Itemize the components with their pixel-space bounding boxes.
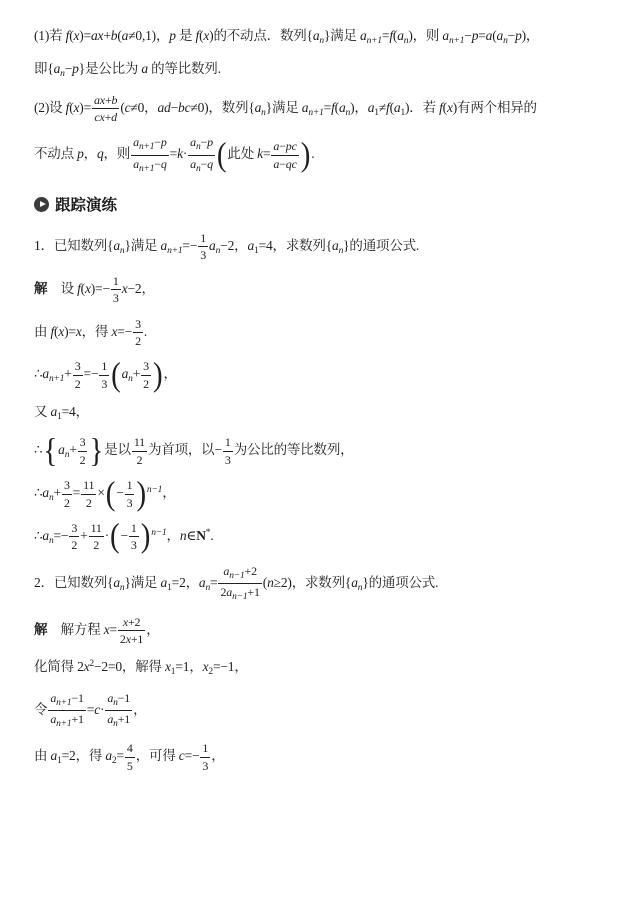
q1-sol-7: ∴an=−32+112·(−13)n−1，n∈N*. (34, 521, 620, 553)
text: + (103, 28, 110, 43)
text: ， (163, 366, 176, 381)
text: =− (84, 366, 99, 381)
text: 1 (101, 359, 107, 373)
fraction-denominator: 3 (99, 375, 109, 391)
text: 11 (91, 521, 102, 535)
fraction-numerator: 1 (223, 435, 233, 450)
q2-sol-1: 解 解方程 x=x+22x+1， (34, 615, 620, 647)
text: 5 (127, 759, 133, 773)
text: ， (211, 748, 224, 763)
text: = (170, 146, 177, 161)
text: }满足 (324, 28, 360, 43)
text: +1 (118, 712, 130, 726)
text: 3 (64, 478, 70, 492)
fraction: an−1+22an−1+1 (218, 564, 261, 604)
fraction-numerator: an+1−p (131, 135, 169, 154)
text: 3 (80, 435, 86, 449)
text: + (80, 528, 87, 543)
fraction-denominator: 2 (81, 494, 96, 510)
text: − (154, 135, 161, 149)
text: 2 (135, 334, 141, 348)
text: 2 (71, 538, 77, 552)
subscript: n−1 (229, 571, 244, 581)
text: )， (350, 99, 368, 114)
fraction-numerator: ax+b (92, 93, 119, 108)
q1-sol-6: ∴an+32=112×(−13)n−1， (34, 478, 620, 510)
fraction-denominator: 2 (73, 375, 83, 391)
fraction-denominator: 2 (132, 451, 147, 467)
fraction-numerator: 3 (73, 359, 83, 374)
text: 3 (75, 359, 81, 373)
text: ，得 (82, 324, 112, 339)
fraction: x+22x+1 (118, 615, 145, 647)
open-delimiter: ( (216, 138, 227, 171)
p1-line2: 即{an−p}是公比为 a 的等比数列. (34, 59, 620, 81)
q2-sol-3: 令an+1−1an+1+1=c·an−1an+1， (34, 691, 620, 731)
section-header: 跟踪演练 (34, 193, 620, 215)
text: 3 (113, 291, 119, 305)
text: · (100, 702, 104, 717)
text: ，则 (104, 146, 131, 161)
open-delimiter: ( (109, 520, 120, 553)
group-content: 此处 k=a−pca−qc (227, 139, 299, 171)
q1-sol-4: 又 a1=4， (34, 402, 620, 424)
text: =− (185, 748, 200, 763)
fraction-numerator: 4 (125, 741, 135, 756)
math-var: cx (94, 110, 104, 124)
fraction-denominator: 3 (223, 451, 233, 467)
open-delimiter: ( (110, 359, 121, 392)
bracket-group: {an+32} (42, 435, 104, 467)
text: )有两个相异的 (453, 99, 537, 114)
fraction: an−1an+1 (105, 691, 132, 731)
text: −1 (118, 691, 130, 705)
fraction-denominator: 2 (69, 536, 79, 552)
text: )，则 (408, 28, 442, 43)
fraction-numerator: 1 (200, 741, 210, 756)
text: 3 (101, 377, 107, 391)
q2-stem: 2．已知数列{an}满足 a1=2，an=an−1+22an−1+1(n≥2)，… (34, 564, 620, 604)
text: +1 (71, 712, 83, 726)
text: 2 (137, 453, 143, 467)
fraction: 13 (129, 521, 139, 553)
subscript: n+1 (308, 107, 323, 117)
text: ≠ (379, 99, 386, 114)
fraction-numerator: 1 (99, 359, 109, 374)
page-content: (1)若 f(x)=ax+b(a≠0,1)，p 是 f(x)的不动点．数列{an… (0, 0, 642, 773)
fraction: 32 (141, 359, 151, 391)
text: 3 (71, 521, 77, 535)
text: = (263, 146, 270, 161)
math-var: pc (286, 139, 297, 153)
text: }满足 (124, 575, 160, 590)
text: 即{ (34, 61, 54, 76)
text: 为首项，以− (148, 442, 222, 457)
subscript: n+1 (139, 142, 154, 152)
subscript: n+1 (367, 36, 382, 46)
text: ∴ (34, 442, 42, 457)
text: + (105, 93, 112, 107)
close-delimiter: } (88, 435, 104, 468)
fraction: 13 (99, 359, 109, 391)
text: =4，求数列{ (259, 238, 332, 253)
close-delimiter: ) (135, 477, 146, 510)
text: ， (167, 528, 180, 543)
math-var: b (112, 93, 118, 107)
bold-text: N (196, 528, 206, 543)
fraction-denominator: 2 (78, 451, 88, 467)
math-var: p (207, 135, 213, 149)
text: + (54, 485, 61, 500)
text: ， (146, 622, 159, 637)
text: =1， (175, 659, 202, 674)
text: +2 (245, 564, 257, 578)
math-var: ad (157, 99, 170, 114)
subscript: n+1 (49, 374, 64, 384)
text: + (64, 366, 71, 381)
text: )= (79, 28, 91, 43)
text: )= (64, 324, 76, 339)
text: 设 (47, 281, 77, 296)
fraction-denominator: 2x+1 (118, 630, 145, 646)
q1-stem: 1．已知数列{an}满足 an+1=−13an−2，a1=4，求数列{an}的通… (34, 231, 620, 263)
text: × (97, 485, 104, 500)
text: 1 (200, 231, 206, 245)
math-var: q (161, 157, 167, 171)
text: (1)若 (34, 28, 66, 43)
text: + (133, 366, 140, 381)
close-delimiter: ) (152, 359, 163, 392)
fraction-numerator: an−1 (105, 691, 132, 710)
text: · (183, 146, 187, 161)
text: =4， (62, 404, 89, 419)
fraction: 32 (78, 435, 88, 467)
fraction: 32 (62, 478, 72, 510)
subscript: n+1 (56, 719, 71, 729)
fraction: a−pca−qc (271, 139, 298, 171)
text: 由 (34, 748, 50, 763)
fraction-denominator: 2 (62, 494, 72, 510)
fraction-numerator: a−pc (271, 139, 298, 154)
text: 4 (127, 741, 133, 755)
math-var: q (207, 157, 213, 171)
text: = (210, 575, 217, 590)
text: ，可得 (136, 748, 179, 763)
subscript: n−1 (232, 592, 247, 602)
fraction-denominator: 3 (129, 536, 139, 552)
text: = (109, 622, 116, 637)
superscript: n−1 (151, 528, 166, 538)
fraction-denominator: an−q (188, 155, 215, 175)
math-var: d (111, 110, 117, 124)
fraction-numerator: 1 (129, 521, 139, 536)
math-var: ax (94, 93, 105, 107)
text: 的等比数列. (148, 61, 221, 76)
text: 2 (64, 496, 70, 510)
text: 令 (34, 702, 47, 717)
fraction: 13 (125, 478, 135, 510)
text: =− (182, 238, 197, 253)
fraction-denominator: 2 (141, 375, 151, 391)
text: )的不动点．数列{ (209, 28, 313, 43)
text: − (171, 99, 178, 114)
fraction-denominator: a−qc (271, 155, 298, 171)
text: 11 (134, 435, 145, 449)
fraction-numerator: x+2 (118, 615, 145, 630)
text: }满足 (266, 99, 302, 114)
bracket-group: (an+32) (110, 359, 163, 391)
q1-sol-2: 由 f(x)=x，得 x=−32. (34, 317, 620, 349)
text: 3 (131, 538, 137, 552)
text: 3 (200, 248, 206, 262)
text: 3 (225, 453, 231, 467)
fraction: an−pan−q (188, 135, 215, 175)
fraction-numerator: 11 (81, 478, 96, 493)
q2-sol-4: 由 a1=2，得 a2=45，可得 c=−13， (34, 741, 620, 773)
fraction-numerator: 3 (69, 521, 79, 536)
fraction-denominator: an+1+1 (48, 710, 86, 730)
fraction-denominator: 2 (89, 536, 104, 552)
text: 2 (93, 538, 99, 552)
fraction: ax+bcx+d (92, 93, 119, 125)
text: +2 (128, 615, 140, 629)
fraction-denominator: 3 (198, 246, 208, 262)
subscript: n+1 (56, 698, 71, 708)
text: )= (79, 99, 91, 114)
text: ≠0， (130, 99, 157, 114)
fraction-numerator: 1 (111, 274, 121, 289)
text: 2 (143, 377, 149, 391)
text: =−1， (213, 659, 248, 674)
intro-block: (1)若 f(x)=ax+b(a≠0,1)，p 是 f(x)的不动点．数列{an… (34, 26, 620, 175)
close-delimiter: ) (300, 138, 311, 171)
math-var: ax (91, 28, 103, 43)
bold-text: 解 (34, 281, 47, 296)
text: 1 (131, 521, 137, 535)
text: 1 (127, 478, 133, 492)
fraction-denominator: 2 (133, 332, 143, 348)
group-content: an+32 (122, 359, 152, 391)
close-delimiter: ) (140, 520, 151, 553)
fraction: 13 (111, 274, 121, 306)
text: − (121, 528, 128, 543)
text: )．若 (405, 99, 439, 114)
bracket-group: (−13) (105, 478, 147, 510)
text: 又 (34, 404, 50, 419)
text: 11 (83, 478, 94, 492)
text: =2， (172, 575, 199, 590)
text: +1 (247, 585, 259, 599)
text: }的通项公式. (343, 238, 419, 253)
bold-text: 解 (34, 622, 47, 637)
text: 化简得 2 (34, 659, 84, 674)
group-content: −13 (116, 478, 135, 510)
fraction-numerator: 3 (133, 317, 143, 332)
fraction-numerator: 3 (141, 359, 151, 374)
fraction-denominator: 3 (200, 757, 210, 773)
text: 1 (225, 435, 231, 449)
text: 2 (86, 496, 92, 510)
fraction-numerator: an−p (188, 135, 215, 154)
fraction-denominator: 3 (111, 289, 121, 305)
fraction-denominator: 5 (125, 757, 135, 773)
text: )=− (91, 281, 110, 296)
open-delimiter: ( (105, 477, 116, 510)
fraction-numerator: 1 (125, 478, 135, 493)
subscript: n+1 (449, 36, 464, 46)
q1-sol-3: ∴an+1+32=−13(an+32)， (34, 359, 620, 391)
fraction-numerator: an+1−1 (48, 691, 86, 710)
fraction-numerator: 11 (132, 435, 147, 450)
text: )， (522, 28, 540, 43)
text: 解方程 (47, 622, 103, 637)
math-var: bc (178, 99, 190, 114)
fraction: 112 (132, 435, 147, 467)
math-var: qc (286, 157, 297, 171)
text: =2，得 (62, 748, 106, 763)
group-content: an+32 (58, 435, 88, 467)
text: ， (162, 485, 175, 500)
text: 是 (176, 28, 196, 43)
text: 是以 (104, 442, 131, 457)
text: 不动点 (34, 146, 77, 161)
text: = (73, 485, 80, 500)
text: }满足 (124, 238, 160, 253)
fraction: 32 (73, 359, 83, 391)
fraction-denominator: cx+d (92, 108, 119, 124)
text: −2， (220, 238, 247, 253)
text: −1 (71, 691, 83, 705)
text: 3 (143, 359, 149, 373)
text: 1 (202, 741, 208, 755)
fraction: 13 (223, 435, 233, 467)
text: 3 (127, 496, 133, 510)
fraction: 112 (89, 521, 104, 553)
fraction: 13 (200, 741, 210, 773)
text: 为公比的等比数列， (234, 442, 354, 457)
text: . (144, 324, 147, 339)
text: 2 (75, 377, 81, 391)
math-var: p (161, 135, 167, 149)
fraction-denominator: an+1 (105, 710, 132, 730)
document-page: { "page": { "background": "#ffffff", "te… (0, 0, 642, 907)
fraction-numerator: 1 (198, 231, 208, 246)
p2-line2: 不动点 p，q，则an+1−pan+1−q=k·an−pan−q(此处 k=a−… (34, 135, 620, 175)
p2-line1: (2)设 f(x)=ax+bcx+d(c≠0，ad−bc≠0)，数列{an}满足… (34, 93, 620, 125)
q1-sol-1: 解 设 f(x)=−13x−2， (34, 274, 620, 306)
text: = (324, 99, 331, 114)
fraction-denominator: 2an−1+1 (218, 583, 261, 603)
text: + (69, 442, 76, 457)
section-header-label: 跟踪演练 (55, 193, 117, 215)
text: 3 (135, 317, 141, 331)
text: − (279, 139, 286, 153)
fraction: 13 (198, 231, 208, 263)
fraction-numerator: 3 (62, 478, 72, 493)
text: =− (54, 528, 69, 543)
text: ， (133, 702, 146, 717)
group-content: −13 (121, 521, 140, 553)
text: = (478, 28, 485, 43)
text: . (210, 528, 213, 543)
bracket-group: (此处 k=a−pca−qc) (216, 139, 311, 171)
play-circle-icon (34, 197, 49, 212)
text: 1．已知数列{ (34, 238, 113, 253)
fraction: 45 (125, 741, 135, 773)
p1-line1: (1)若 f(x)=ax+b(a≠0,1)，p 是 f(x)的不动点．数列{an… (34, 26, 620, 48)
fraction: an+1−pan+1−q (131, 135, 169, 175)
text: 此处 (227, 146, 257, 161)
fraction: 32 (69, 521, 79, 553)
text: ≥2)，求数列{ (274, 575, 352, 590)
text: +1 (131, 632, 143, 646)
open-delimiter: { (42, 435, 58, 468)
superscript: n−1 (147, 485, 162, 495)
fraction: 112 (81, 478, 96, 510)
fraction-denominator: 3 (125, 494, 135, 510)
text: − (508, 28, 515, 43)
fraction: 32 (133, 317, 143, 349)
text: }的通项公式. (362, 575, 438, 590)
subscript: n+1 (167, 246, 182, 256)
text: −2， (127, 281, 154, 296)
text: 2．已知数列{ (34, 575, 113, 590)
text: = (116, 748, 123, 763)
fraction-numerator: 11 (89, 521, 104, 536)
text: 3 (202, 759, 208, 773)
text: ∈ (186, 528, 196, 543)
text: − (154, 157, 161, 171)
text: ， (84, 146, 97, 161)
text: }是公比为 (79, 61, 142, 76)
text: (2)设 (34, 99, 66, 114)
text: ≠0,1)， (128, 28, 169, 43)
text: − (116, 485, 123, 500)
text: 1 (113, 274, 119, 288)
fraction-numerator: 3 (78, 435, 88, 450)
text: ≠0)，数列{ (190, 99, 254, 114)
subscript: n+1 (139, 164, 154, 174)
fraction-denominator: an+1−q (131, 155, 169, 175)
fraction-numerator: an−1+2 (218, 564, 261, 583)
q1-sol-5: ∴{an+32}是以112为首项，以−13为公比的等比数列， (34, 435, 620, 467)
text: =− (117, 324, 132, 339)
text: . (311, 146, 314, 161)
text: 2 (80, 453, 86, 467)
bracket-group: (−13) (109, 521, 151, 553)
q2-sol-2: 化简得 2x2−2=0，解得 x1=1，x2=−1， (34, 657, 620, 679)
text: − (279, 157, 286, 171)
text: −2=0，解得 (94, 659, 165, 674)
practice-block: 1．已知数列{an}满足 an+1=−13an−2，a1=4，求数列{an}的通… (34, 231, 620, 773)
text: 由 (34, 324, 50, 339)
fraction: an+1−1an+1+1 (48, 691, 86, 731)
text: − (464, 28, 471, 43)
